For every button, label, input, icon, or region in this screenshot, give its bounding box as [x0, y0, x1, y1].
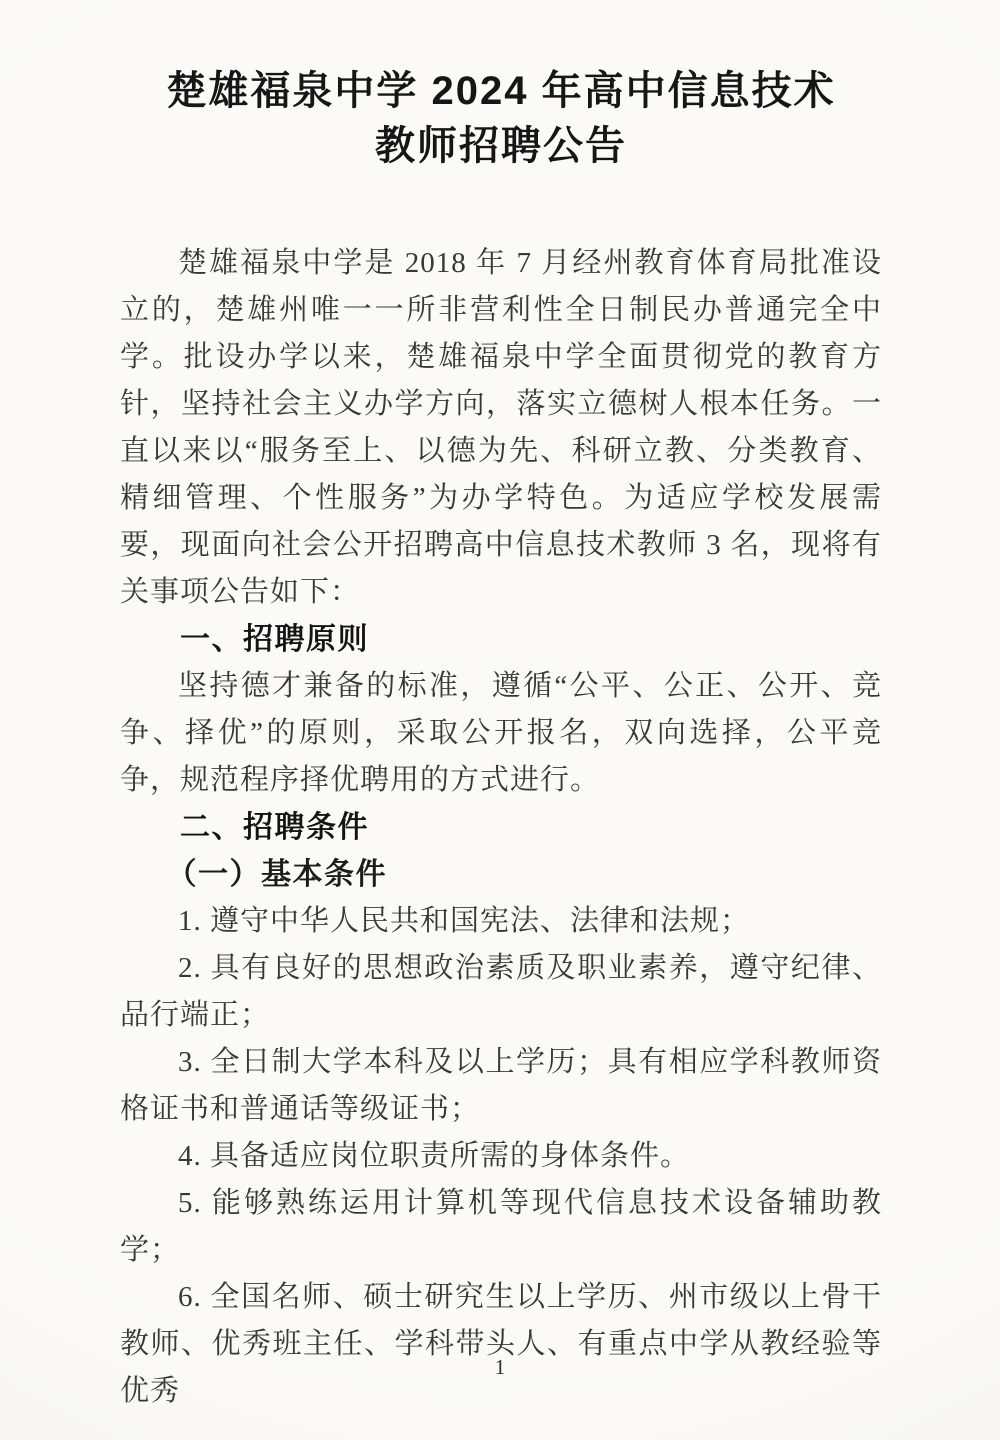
recruitment-principles-paragraph: 坚持德才兼备的标准，遵循“公平、公正、公开、竞争、择优”的原则，采取公开报名，双…: [120, 663, 882, 804]
document-body: 楚雄福泉中学是 2018 年 7 月经州教育体育局批准设立的，楚雄州唯一一所非营…: [120, 240, 882, 1415]
title-line-2: 教师招聘公告: [120, 119, 882, 174]
document-title: 楚雄福泉中学 2024 年高中信息技术 教师招聘公告: [120, 64, 882, 174]
basic-conditions-subheading: （一）基本条件: [120, 851, 882, 898]
condition-item-5: 5. 能够熟练运用计算机等现代信息技术设备辅助教学；: [120, 1180, 882, 1274]
condition-item-4: 4. 具备适应岗位职责所需的身体条件。: [120, 1133, 882, 1180]
document-page: 楚雄福泉中学 2024 年高中信息技术 教师招聘公告 楚雄福泉中学是 2018 …: [0, 0, 1000, 1440]
page-footer: 1: [0, 1355, 1000, 1380]
condition-item-3: 3. 全日制大学本科及以上学历；具有相应学科教师资格证书和普通话等级证书；: [120, 1039, 882, 1133]
page-number: 1: [495, 1355, 506, 1379]
condition-item-1: 1. 遵守中华人民共和国宪法、法律和法规；: [120, 898, 882, 945]
condition-item-2: 2. 具有良好的思想政治素质及职业素养，遵守纪律、品行端正；: [120, 945, 882, 1039]
title-line-1: 楚雄福泉中学 2024 年高中信息技术: [120, 64, 882, 119]
section-2-heading: 二、招聘条件: [120, 804, 882, 851]
section-1-heading: 一、招聘原则: [120, 616, 882, 663]
intro-paragraph: 楚雄福泉中学是 2018 年 7 月经州教育体育局批准设立的，楚雄州唯一一所非营…: [120, 240, 882, 616]
condition-item-6: 6. 全国名师、硕士研究生以上学历、州市级以上骨干教师、优秀班主任、学科带头人、…: [120, 1274, 882, 1415]
